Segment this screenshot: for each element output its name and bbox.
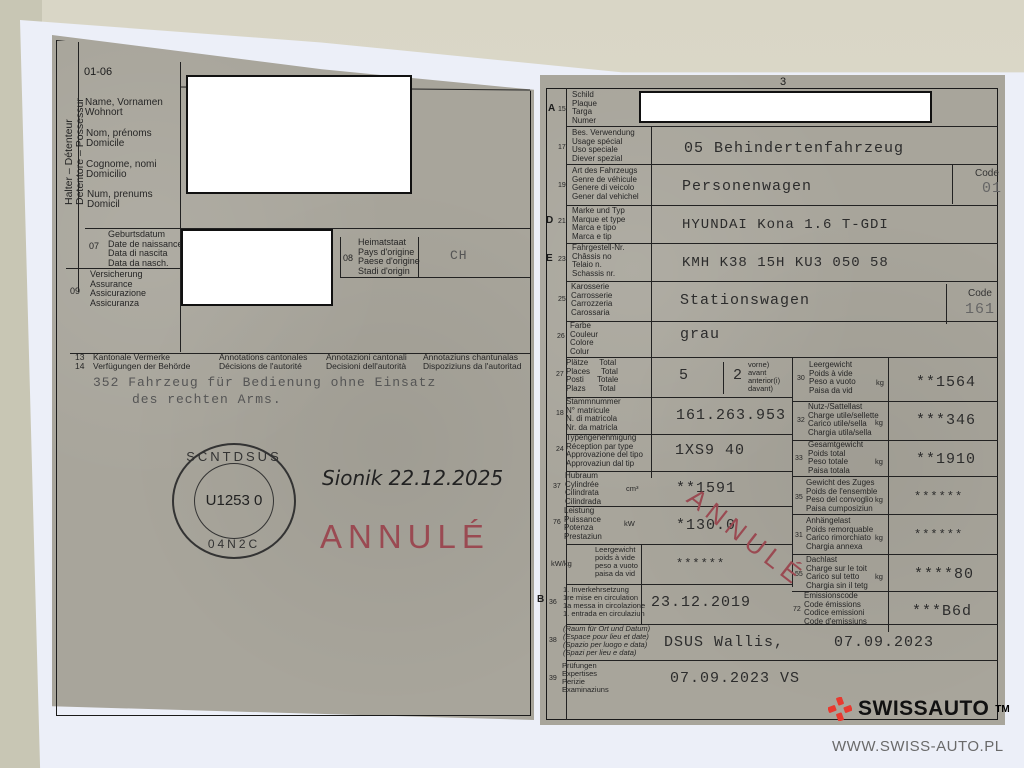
field-33-label: Gesamtgewicht Poids total Peso totale Pa…	[808, 441, 863, 475]
payload-value: ***346	[916, 412, 976, 429]
field-31-unit: kg	[875, 533, 883, 542]
divider	[651, 126, 652, 478]
field-08-number: 08	[343, 253, 353, 263]
holder-label-de: Name, Vornamen Wohnort	[85, 98, 163, 118]
page-number: 3	[780, 76, 786, 88]
field-21-label: Marke und Typ Marque et type Marca e tip…	[572, 207, 625, 241]
field-32-number: 32	[797, 417, 805, 424]
field-37-number: 37	[553, 483, 561, 490]
field-33-unit: kg	[875, 457, 883, 466]
seats-total-value: 5	[679, 367, 689, 384]
field-23-number: 23	[558, 256, 566, 263]
divider	[566, 205, 998, 206]
field-21-number: 21	[558, 218, 566, 225]
field-32-unit: kg	[875, 418, 883, 427]
divider	[792, 357, 793, 587]
section-number: 01-06	[84, 66, 112, 78]
stamp-bottom-text: 04N2C	[174, 537, 294, 551]
divider	[641, 544, 642, 584]
empty-weight-value: **1564	[916, 374, 976, 391]
field-39-label: Prüfungen Expertises Perizie Examinaziun…	[562, 662, 609, 694]
inspection-value: 07.09.2023 VS	[670, 670, 800, 687]
field-17-number: 17	[558, 144, 566, 151]
divider	[566, 321, 998, 322]
row-letter-D: D	[546, 215, 553, 226]
holder-side-label: Halter – Détenteur Detentore – Possessur	[64, 98, 86, 205]
body-type-code: 161	[965, 301, 995, 318]
annulled-stamp-left: ANNULÉ	[320, 518, 490, 556]
vehicle-type-code-label: Code	[975, 168, 999, 179]
divider	[792, 514, 998, 515]
field-35-label: Gewicht des Zuges Poids de l'ensemble Pe…	[806, 479, 877, 513]
plate-redacted-box	[639, 91, 932, 123]
divider	[566, 660, 998, 661]
cantonal-note-line2: des rechten Arms.	[132, 392, 282, 407]
field-25-label: Karosserie Carrosserie Carrozzeria Caros…	[571, 283, 612, 317]
trailer-load-value: ******	[914, 528, 963, 542]
divider	[952, 164, 953, 204]
divider	[946, 284, 947, 324]
divider	[566, 126, 998, 127]
divider	[792, 476, 998, 477]
power-weight-value: ******	[676, 557, 725, 571]
field-76-number: 76	[553, 519, 561, 526]
row-letter-A: A	[548, 103, 555, 114]
field-31-label: Anhängelast Poids remorquable Carico rim…	[806, 517, 873, 551]
cantonal-label-it: Annotazioni cantonali Decisioni dell'aut…	[326, 353, 407, 371]
trademark-symbol: TM	[995, 704, 1009, 715]
special-use-value: 05 Behindertenfahrzeug	[684, 140, 904, 157]
emission-code-value: ***B6d	[912, 603, 972, 620]
holder-label-it: Cognome, nomi Domicilio	[86, 160, 157, 180]
field-09-label: Versicherung Assurance Assicurazione Ass…	[90, 270, 146, 308]
field-19-number: 19	[558, 182, 566, 189]
field-37-label: Hubraum Cylindrée Cilindrata Cilindrada	[565, 472, 601, 506]
brand-name: SWISSAUTO	[858, 697, 989, 721]
origin-country-value: CH	[450, 248, 468, 263]
seats-front-value: 2	[733, 367, 743, 384]
divider	[566, 243, 998, 244]
divider	[566, 357, 998, 358]
field-55-label: Dachlast Charge sur le toit Carico sul t…	[806, 556, 868, 590]
field-27-number: 27	[556, 371, 564, 378]
field-76-unit: kW	[624, 519, 635, 528]
swissauto-logo: SWISSAUTO TM	[828, 697, 1010, 721]
field-36-number: 36	[549, 599, 557, 606]
cantonal-label-fr: Annotations cantonales Décisions de l'au…	[219, 353, 307, 371]
field-25-number: 25	[558, 296, 566, 303]
field-07-label: Geburtsdatum Date de naissance Data di n…	[108, 230, 183, 268]
field-08-label: Heimatstaat Pays d'origine Paese d'origi…	[358, 238, 420, 276]
field-07-number: 07	[89, 241, 99, 251]
swiss-cross-petals-icon	[828, 697, 852, 721]
field-55-unit: kg	[875, 572, 883, 581]
field-26-label: Farbe Couleur Colore Colur	[570, 322, 598, 356]
divider	[641, 584, 642, 624]
field-36-label: 1. Inverkehrsetzung 1re mise en circulat…	[563, 586, 645, 618]
field-38-number: 38	[549, 637, 557, 644]
official-round-stamp: SCNTDSUS U1253 0 04N2C	[172, 443, 296, 559]
divider	[418, 237, 419, 277]
stamp-top-text: SCNTDSUS	[174, 449, 294, 464]
divider	[340, 237, 341, 277]
holder-redacted-box	[186, 75, 412, 194]
first-registration-value: 23.12.2019	[651, 594, 751, 611]
field-23-label: Fahrgestell-Nr. Châssis no Telaio n. Sch…	[572, 244, 624, 278]
field-31-number: 31	[795, 532, 803, 539]
field-33-number: 33	[795, 455, 803, 462]
roof-load-value: ****80	[914, 566, 974, 583]
row-letter-B: B	[537, 594, 544, 605]
body-type-value: Stationswagen	[680, 292, 810, 309]
field-35-number: 35	[795, 494, 803, 501]
field-09-number: 09	[70, 286, 80, 296]
field-39-number: 39	[549, 675, 557, 682]
type-approval-value: 1XS9 40	[675, 442, 745, 459]
holder-label-fr: Nom, prénoms Domicile	[86, 129, 152, 149]
field-18-label: Stammnummer N° matricule N. di matricola…	[566, 398, 621, 432]
vehicle-type-code: 01	[982, 180, 1002, 197]
field-18-number: 18	[556, 410, 564, 417]
master-number-value: 161.263.953	[676, 407, 786, 424]
divider	[723, 362, 724, 394]
place-date-value: DSUS Wallis, 07.09.2023	[664, 634, 934, 651]
field-30-number: 30	[797, 375, 805, 382]
birthdate-redacted-box	[181, 229, 333, 306]
field-19-label: Art des Fahrzeugs Genre de véhicule Gene…	[572, 167, 639, 201]
field-38-label: (Raum für Ort und Datum) (Espace pour li…	[563, 625, 650, 657]
field-15-number: 15	[558, 106, 566, 113]
field-72-number: 72	[793, 606, 801, 613]
divider	[180, 62, 181, 352]
cantonal-note-line1: 352 Fahrzeug für Bedienung ohne Einsatz	[93, 375, 436, 390]
field-13-14-numbers: 13 14	[75, 353, 84, 371]
watermark-url: WWW.SWISS-AUTO.PL	[832, 738, 1004, 755]
body-type-code-label: Code	[968, 288, 992, 299]
field-72-label: Emissionscode Code émissions Codice emis…	[804, 592, 867, 626]
field-17-label: Bes. Verwendung Usage spécial Uso specia…	[572, 129, 635, 163]
make-model-value: HYUNDAI Kona 1.6 T-GDI	[682, 217, 889, 233]
divider	[566, 281, 998, 282]
field-15-label: Schild Plaque Targa Numer	[572, 91, 597, 125]
field-76-label: Leistung Puissance Potenza Prestaziun	[564, 507, 602, 541]
field-27-label: Plätze Total Places Total Posti Totale P…	[566, 359, 618, 393]
color-value: grau	[680, 326, 720, 343]
field-78-label: kW/kg	[551, 559, 572, 568]
field-32-label: Nutz-/Sattellast Charge utile/sellette C…	[808, 403, 879, 437]
vehicle-type-value: Personenwagen	[682, 178, 812, 195]
cantonal-label-de: Kantonale Vermerke Verfügungen der Behör…	[93, 353, 190, 371]
field-24-label: Typengenehmigung Réception par type Appr…	[566, 434, 643, 468]
field-26-number: 26	[557, 333, 565, 340]
holder-label-rm: Num, prenums Domicil	[87, 190, 153, 210]
field-35-unit: kg	[875, 495, 883, 504]
field-30-unit: kg	[876, 378, 884, 387]
field-37-unit: cm³	[626, 484, 639, 493]
stamp-center-text: U1253 0	[174, 492, 294, 509]
divider	[566, 164, 998, 165]
handwritten-signature-date: Sionik 22.12.2025	[322, 466, 503, 490]
seats-front-label: vorne) avant anterior(i) davant)	[748, 361, 780, 393]
row-letter-E: E	[546, 253, 553, 264]
field-30-label: Leergewicht Poids à vide Peso a vuoto Pa…	[809, 361, 856, 395]
chassis-number-value: KMH K38 15H KU3 050 58	[682, 255, 889, 271]
total-weight-value: **1910	[916, 451, 976, 468]
field-24-number: 24	[556, 446, 564, 453]
divider	[340, 277, 530, 278]
train-weight-value: ******	[914, 490, 963, 504]
field-78-sublabel: Leergewicht poids à vide peso a vuoto pa…	[595, 546, 638, 578]
cantonal-label-rm: Annotaziuns chantunalas Dispoziziuns da …	[423, 353, 521, 371]
